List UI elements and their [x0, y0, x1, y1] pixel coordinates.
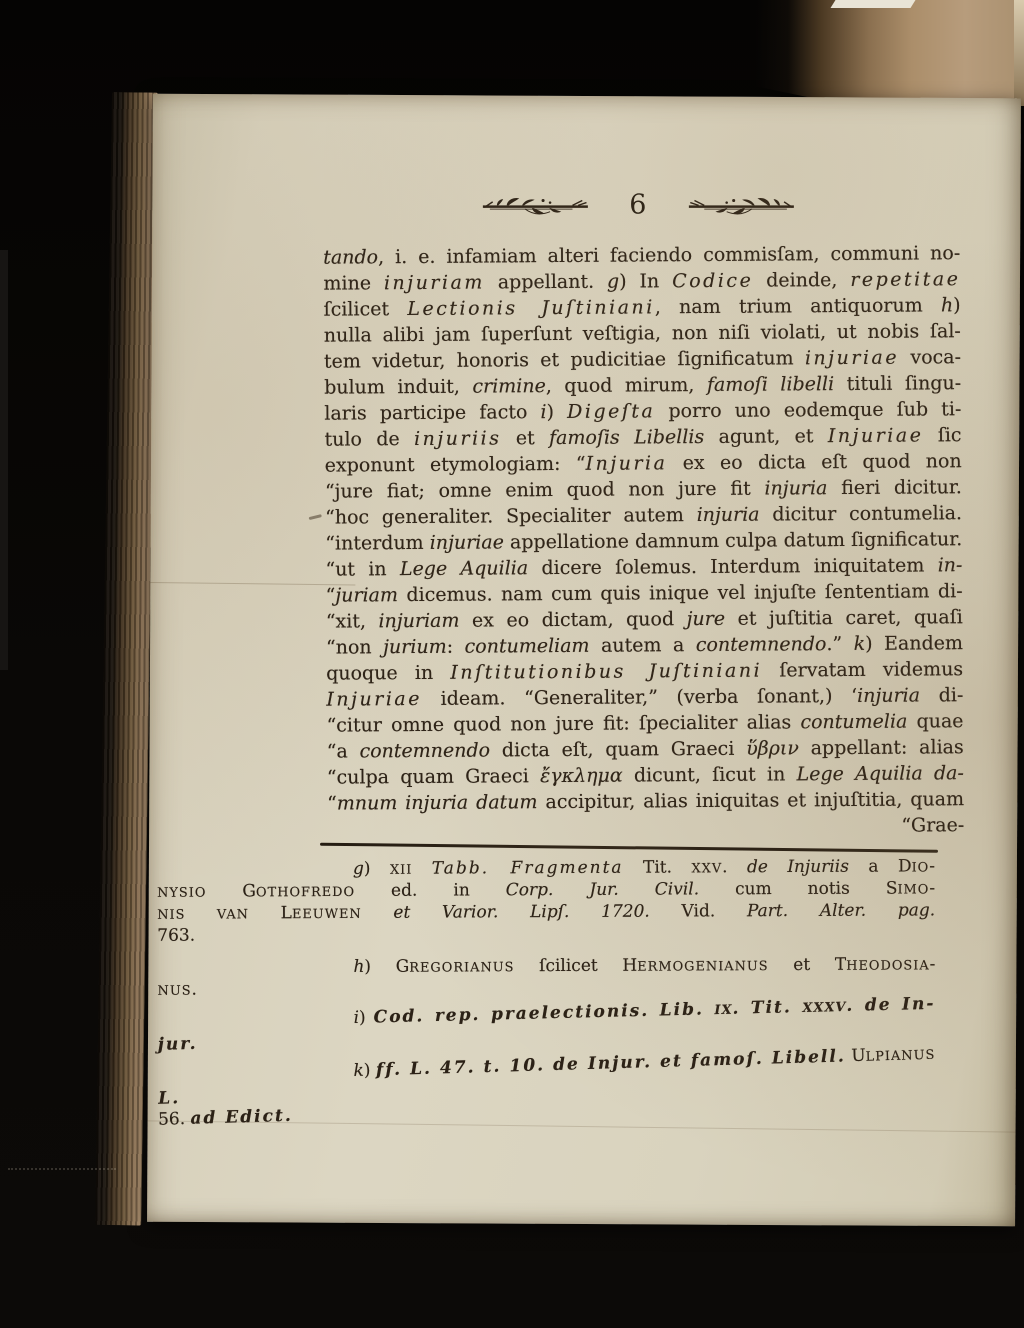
margin-pen-mark [309, 514, 322, 520]
text-line: “Grae- [327, 812, 964, 842]
footnote-divider-rule [320, 843, 938, 853]
footnote-line: nis van Leeuwen et Varior. Lipſ. 1720. V… [157, 900, 935, 925]
text-line: “mnum injuria datum accipitur, alias ini… [327, 786, 964, 816]
page-number: 6 [625, 189, 651, 224]
flyleaf-edge-sliver [831, 0, 916, 8]
footnotes: g) xii Tabb. Fragmenta Tit. xxv. de Inju… [157, 856, 936, 1130]
photo-edge-artifact [0, 250, 8, 670]
header-ornament-left-icon [482, 196, 588, 217]
page-edge-highlight-right [1014, 0, 1024, 106]
book-page: 6 tando, i. e. [147, 94, 1021, 1227]
header-ornament-right-icon [688, 196, 794, 217]
speckle-artifact [8, 1168, 116, 1170]
footnote-line: 763. [157, 922, 935, 946]
book-photo: 6 tando, i. e. [0, 0, 1024, 1328]
footnote-line: h) Gregorianus ſcilicet Hermogenianus et… [157, 954, 935, 979]
body-text: tando, i. e. infamiam alteri faciendo co… [323, 240, 964, 842]
page-header: 6 [482, 191, 794, 221]
